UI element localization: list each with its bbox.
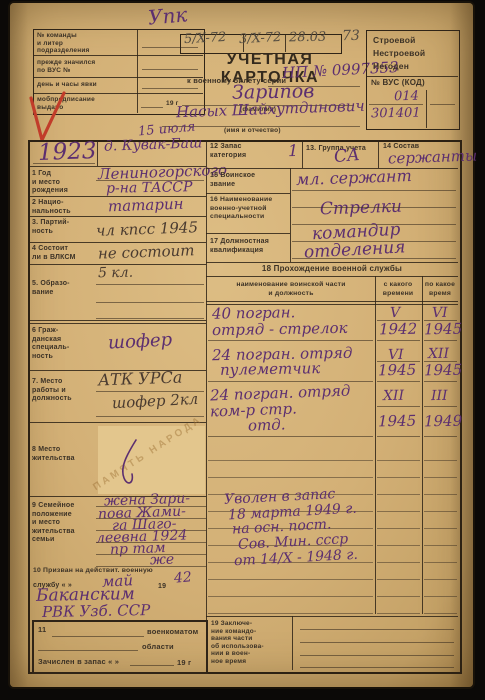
field-16-label: 16 Наименование военно-учетной специальн…: [210, 196, 272, 222]
handwritten-call-year: 42: [173, 570, 192, 586]
blank-ruled-area: [424, 444, 457, 614]
field-9-label: 9 Семейное положение и место жительства …: [32, 502, 75, 545]
ruled-line: [96, 302, 204, 303]
service-row-to-year: 1945: [424, 322, 462, 338]
service-row-from-year: 1945: [378, 363, 416, 379]
divider-line: [426, 90, 427, 128]
ruled-line: [130, 665, 174, 666]
handwritten-date: 73: [342, 29, 360, 43]
divider-line: [97, 140, 98, 166]
handwritten-date: 28.03: [289, 31, 326, 45]
field-11-number: 11: [38, 626, 46, 635]
ruled-line: [300, 642, 454, 643]
handwritten-birth-place-3: р-на ТАССР: [106, 180, 193, 196]
ruled-line: [424, 406, 457, 407]
ruled-line: [424, 436, 457, 437]
field-11-label-1: военкоматом: [147, 628, 198, 637]
field-11-label-4: 19 г: [177, 659, 191, 668]
row-divider: [30, 320, 206, 321]
handwritten-position: шофер 2кл: [112, 392, 199, 411]
corner-row-label: прежде значился по ВУС №: [37, 59, 135, 74]
service-row-to-month: VI: [432, 306, 448, 320]
corner-row-label: день и часы явки: [37, 81, 135, 89]
row-divider: [30, 216, 206, 217]
row-divider: [30, 422, 206, 423]
ruled-line: [292, 190, 456, 191]
service-row-to-year: 1949: [424, 414, 462, 430]
fitness-options: Строевой Нестроевой Негоден: [373, 34, 425, 73]
handwritten-birth-year: 1923: [38, 140, 97, 165]
divider-line: [302, 140, 303, 168]
blank-ruled-area: [377, 444, 420, 614]
field-11-label-3: Зачислен в запас « »: [38, 658, 119, 667]
red-check-mark: [26, 90, 68, 146]
ruled-line: [300, 629, 454, 630]
table-header-from: с какого времени: [376, 281, 420, 298]
row-divider: [30, 323, 206, 324]
handwritten-komsomol: не состоит: [98, 243, 195, 261]
divider-line: [375, 276, 376, 614]
handwritten-workplace: АТК УРСа: [98, 370, 183, 389]
ruled-line: [377, 381, 420, 382]
ruled-line: [377, 406, 420, 407]
divider-line: [285, 34, 286, 52]
handwritten-record-group: СА: [333, 147, 360, 166]
field-11-label-2: области: [142, 643, 174, 652]
name-label: (имя и отчество): [224, 127, 281, 135]
divider-line: [33, 55, 203, 56]
field-4-label: 4 Состоит ли в ВЛКСМ: [32, 245, 76, 262]
handwritten-composition: сержанты: [388, 148, 478, 166]
divider-line: [137, 29, 138, 113]
section-divider: [206, 262, 458, 263]
service-row-from-month: XII: [383, 389, 404, 403]
divider-line: [33, 77, 203, 78]
field-12-label: 12 Запас категория: [210, 143, 246, 160]
field-8-label: 8 Место жительства: [32, 446, 75, 463]
handwritten-vus-name: Стрелки: [320, 199, 403, 219]
handwritten-name: Насых Шайхутдинович: [176, 99, 365, 121]
field-1-label: 1 Год и место рождения: [32, 170, 68, 196]
ruled-line: [96, 416, 204, 417]
field-3-label: 3. Партий- ность: [32, 219, 69, 236]
ruled-line: [208, 436, 373, 437]
handwritten-reserve-category: 1: [288, 143, 298, 159]
corner-row-label: № команды и литер подразделения: [37, 32, 135, 55]
column-divider: [206, 140, 207, 670]
row-divider: [206, 233, 290, 234]
service-row-unit: отд.: [248, 417, 286, 433]
ruled-line: [430, 104, 455, 105]
ruled-line: [38, 650, 138, 651]
field-10-label: 10 Призван на действит. военную: [33, 567, 153, 576]
service-row-from-year: 1942: [379, 322, 417, 338]
ruled-line: [141, 107, 163, 108]
registration-card: Упк № команды и литер подразделения преж…: [0, 0, 485, 700]
field-5-label: 5. Образо- вание: [32, 280, 70, 297]
divider-line: [206, 301, 458, 302]
divider-line: [290, 168, 291, 262]
handwritten-date: 5/X-72: [184, 31, 227, 46]
ruled-line: [142, 88, 198, 89]
handwritten-nationality: татарин: [108, 197, 184, 215]
vus-code-label: № ВУС (КОД): [371, 79, 425, 88]
ruled-line: [377, 436, 420, 437]
ruled-line: [424, 381, 457, 382]
ruled-line: [96, 284, 204, 285]
ruled-line: [300, 667, 454, 668]
service-row-unit: пулеметчик: [220, 361, 321, 378]
handwritten-vus-code-2: 301401: [371, 107, 421, 121]
handwritten-birth-place-1: д. Кувак-Баш: [104, 136, 203, 153]
service-row-to-month: III: [431, 389, 448, 403]
section-18-title: 18 Прохождение военной службы: [206, 265, 458, 274]
handwritten-date: 3/X-72: [239, 31, 282, 46]
handwritten-military-office-2: РВК Узб. ССР: [42, 603, 151, 620]
ruled-line: [300, 655, 454, 656]
section-divider: [206, 616, 458, 617]
field-17-label: 17 Должностная квалификация: [210, 238, 269, 255]
table-header-unit: наименование воинской части и должность: [210, 281, 372, 298]
handwritten-vus-code-1: 014: [394, 90, 419, 103]
table-header-to: по какое время: [423, 281, 457, 298]
handwritten-rank: мл. сержант: [296, 168, 412, 188]
ruled-line: [292, 258, 456, 259]
field-10-year-prefix: 19: [158, 583, 166, 592]
divider-line: [378, 140, 379, 168]
ruled-line: [424, 340, 457, 341]
field-2-label: 2 Нацио- нальность: [32, 199, 71, 216]
redacted-patch: [98, 426, 205, 494]
ruled-line: [33, 163, 95, 164]
handwritten-civil-specialty: шофер: [108, 331, 173, 352]
field-7-label: 7. Место работы и должность: [32, 378, 72, 404]
ruled-line: [377, 340, 420, 341]
service-row-to-month: XII: [428, 347, 449, 361]
field-15-label: 15 Воинское звание: [210, 172, 255, 189]
handwriting-stroke: [116, 438, 140, 490]
service-row-from-year: 1945: [378, 414, 416, 430]
ruled-line: [52, 636, 144, 637]
ruled-line: [292, 207, 456, 208]
divider-line: [422, 276, 423, 614]
field-19-label: 19 Заключе- ние командо- вания части об …: [211, 620, 264, 665]
row-divider: [206, 193, 290, 194]
divider-line: [366, 76, 458, 77]
ruled-line: [96, 318, 204, 319]
handwritten-education: 5 кл.: [98, 266, 133, 281]
ruled-line: [208, 340, 373, 341]
service-row-to-year: 1945: [424, 363, 462, 379]
divider-line: [292, 616, 293, 670]
service-row-unit: отряд - стрелок: [212, 321, 348, 338]
service-row-from-month: V: [390, 306, 400, 320]
divider-line: [206, 276, 458, 277]
field-6-label: 6 Граж- данская специаль- ность: [32, 327, 69, 361]
handwritten-top-note: Упк: [147, 4, 188, 27]
handwritten-party: чл кпсс 1945: [96, 220, 198, 239]
